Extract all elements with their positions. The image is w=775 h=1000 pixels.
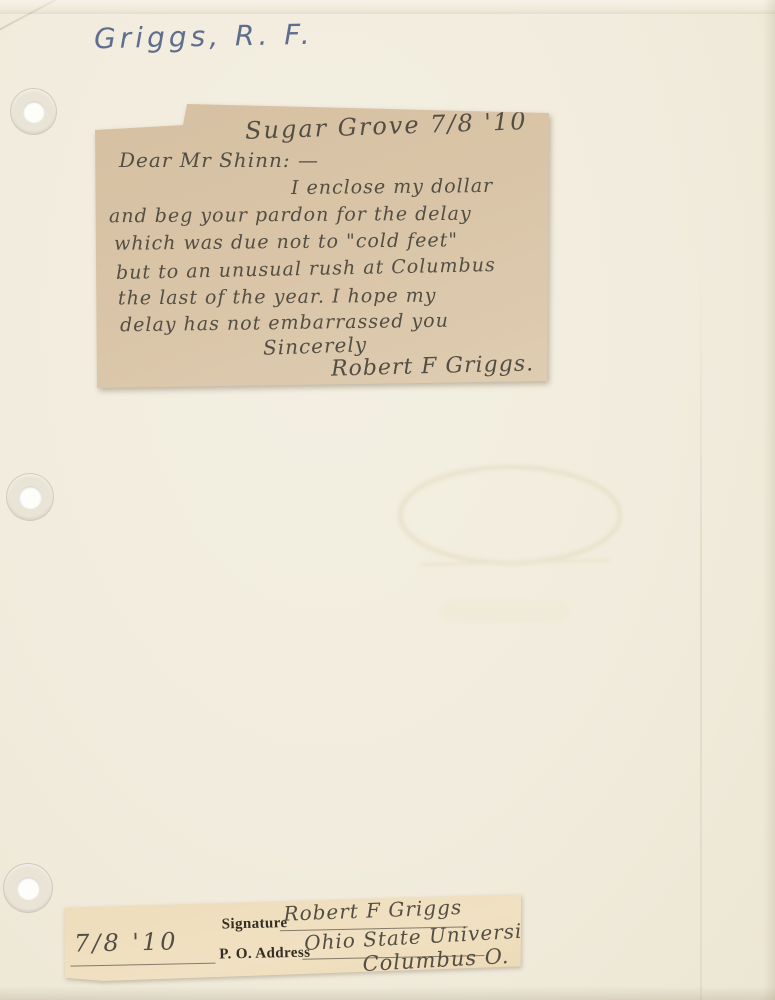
punch-hole-opening xyxy=(17,877,40,900)
embossed-watermark xyxy=(380,440,680,670)
slip-date-rule xyxy=(71,963,216,967)
card-signature: Robert F Griggs. xyxy=(331,351,535,381)
slip-signature-label: Signature xyxy=(222,915,288,933)
note-card-paper: Sugar Grove 7/8 '10 Dear Mr Shinn: — I e… xyxy=(95,100,549,389)
card-body-line: and beg your pardon for the delay xyxy=(109,203,472,228)
paper-crease-vertical xyxy=(700,260,702,1000)
slip-signature-value: Robert F Griggs xyxy=(283,895,463,926)
slip-date: 7/8 '10 xyxy=(74,927,179,957)
paper-top-edge xyxy=(0,0,775,14)
punch-hole-bottom xyxy=(4,864,52,912)
punch-hole-top xyxy=(11,89,56,134)
slip-address-label: P. O. Address xyxy=(219,945,310,964)
punch-hole-middle xyxy=(7,474,53,520)
archive-label: Griggs, R. F. xyxy=(94,18,314,56)
scanned-album-page: Griggs, R. F. Sugar Grove 7/8 '10 Dear M… xyxy=(0,0,775,1000)
card-dateline: Sugar Grove 7/8 '10 xyxy=(245,107,528,145)
signature-slip-paper: 7/8 '10 Signature Robert F Griggs P. O. … xyxy=(63,894,523,982)
paper-bottom-edge xyxy=(0,986,775,1000)
punch-hole-opening xyxy=(23,101,45,123)
card-body-line: I enclose my dollar xyxy=(291,175,493,199)
card-salutation: Dear Mr Shinn: — xyxy=(119,148,319,172)
signature-slip: 7/8 '10 Signature Robert F Griggs P. O. … xyxy=(64,899,522,977)
card-body-line: which was due not to "cold feet" xyxy=(114,229,458,255)
card-body-line: delay has not embarrassed you xyxy=(120,310,449,337)
card-body-line: the last of the year. I hope my xyxy=(118,285,437,310)
card-body-line: but to an unusual rush at Columbus xyxy=(116,254,496,284)
punch-hole-opening xyxy=(19,486,42,509)
note-card: Sugar Grove 7/8 '10 Dear Mr Shinn: — I e… xyxy=(95,100,549,389)
paper-right-edge xyxy=(763,0,775,1000)
